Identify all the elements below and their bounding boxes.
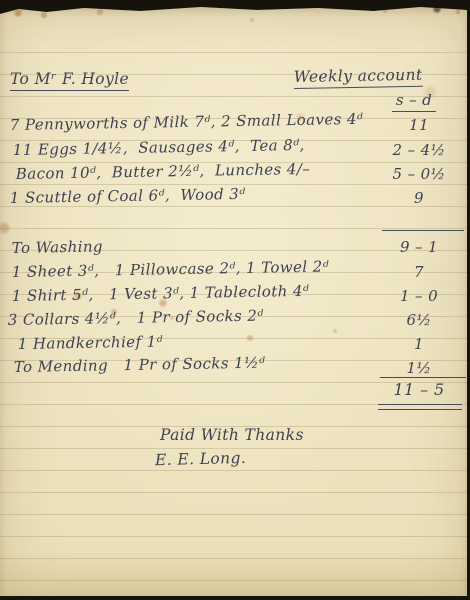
total-amount: 11 – 5 [378,381,460,399]
ledger-paper: To Mʳ F. Hoyle Weekly account s – d 7 Pe… [0,7,467,596]
ledger-row-desc: 1 Shirt 5ᵈ, 1 Vest 3ᵈ, 1 Tablecloth 4ᵈ [12,282,310,305]
currency-column-header: s – d [392,91,436,112]
ledger-row-amount: 1 – 0 [378,287,460,305]
signature: E. E. Long. [155,449,247,469]
ledger-row-desc: 11 Eggs 1/4½, Sausages 4ᵈ, Tea 8ᵈ, [13,136,305,159]
total-double-rule [378,404,462,410]
ledger-row-desc: 1 Scuttle of Coal 6ᵈ, Wood 3ᵈ [10,185,246,207]
ledger-section-label: To Washing [12,237,103,257]
ledger-row-amount: 1 [378,335,460,353]
ledger-row-desc: 1 Sheet 3ᵈ, 1 Pillowcase 2ᵈ, 1 Towel 2ᵈ [12,257,330,281]
ledger-row-desc: 7 Pennyworths of Milk 7ᵈ, 2 Small Loaves… [10,110,364,134]
ledger-row-amount: 11 [378,116,460,134]
ledger-row-desc: 1 Handkerchief 1ᵈ [18,332,163,353]
ledger-row-desc: To Mending 1 Pr of Socks 1½ᵈ [14,354,266,376]
ledger-row-amount: 7 [378,263,460,281]
ledger-row-desc: Bacon 10ᵈ, Butter 2½ᵈ, Lunches 4/– [16,160,311,183]
ledger-row-amount: 2 – 4½ [378,141,460,159]
recipient: To Mʳ F. Hoyle [10,70,129,91]
ledger-row-amount: 5 – 0½ [378,165,460,183]
ledger-row-amount: 9 [378,189,460,207]
total-rule [380,377,466,378]
document-photo: To Mʳ F. Hoyle Weekly account s – d 7 Pe… [0,0,470,600]
ledger-row-desc: 3 Collars 4½ᵈ, 1 Pr of Socks 2ᵈ [8,307,264,329]
ledger-subtotal-amount: 9 – 1 [378,238,460,256]
ledger-row-amount: 6½ [378,311,460,329]
page-title: Weekly account [294,66,423,89]
subtotal-rule [382,230,464,231]
paid-note: Paid With Thanks [160,426,304,444]
ledger-row-amount: 1½ [378,359,460,377]
